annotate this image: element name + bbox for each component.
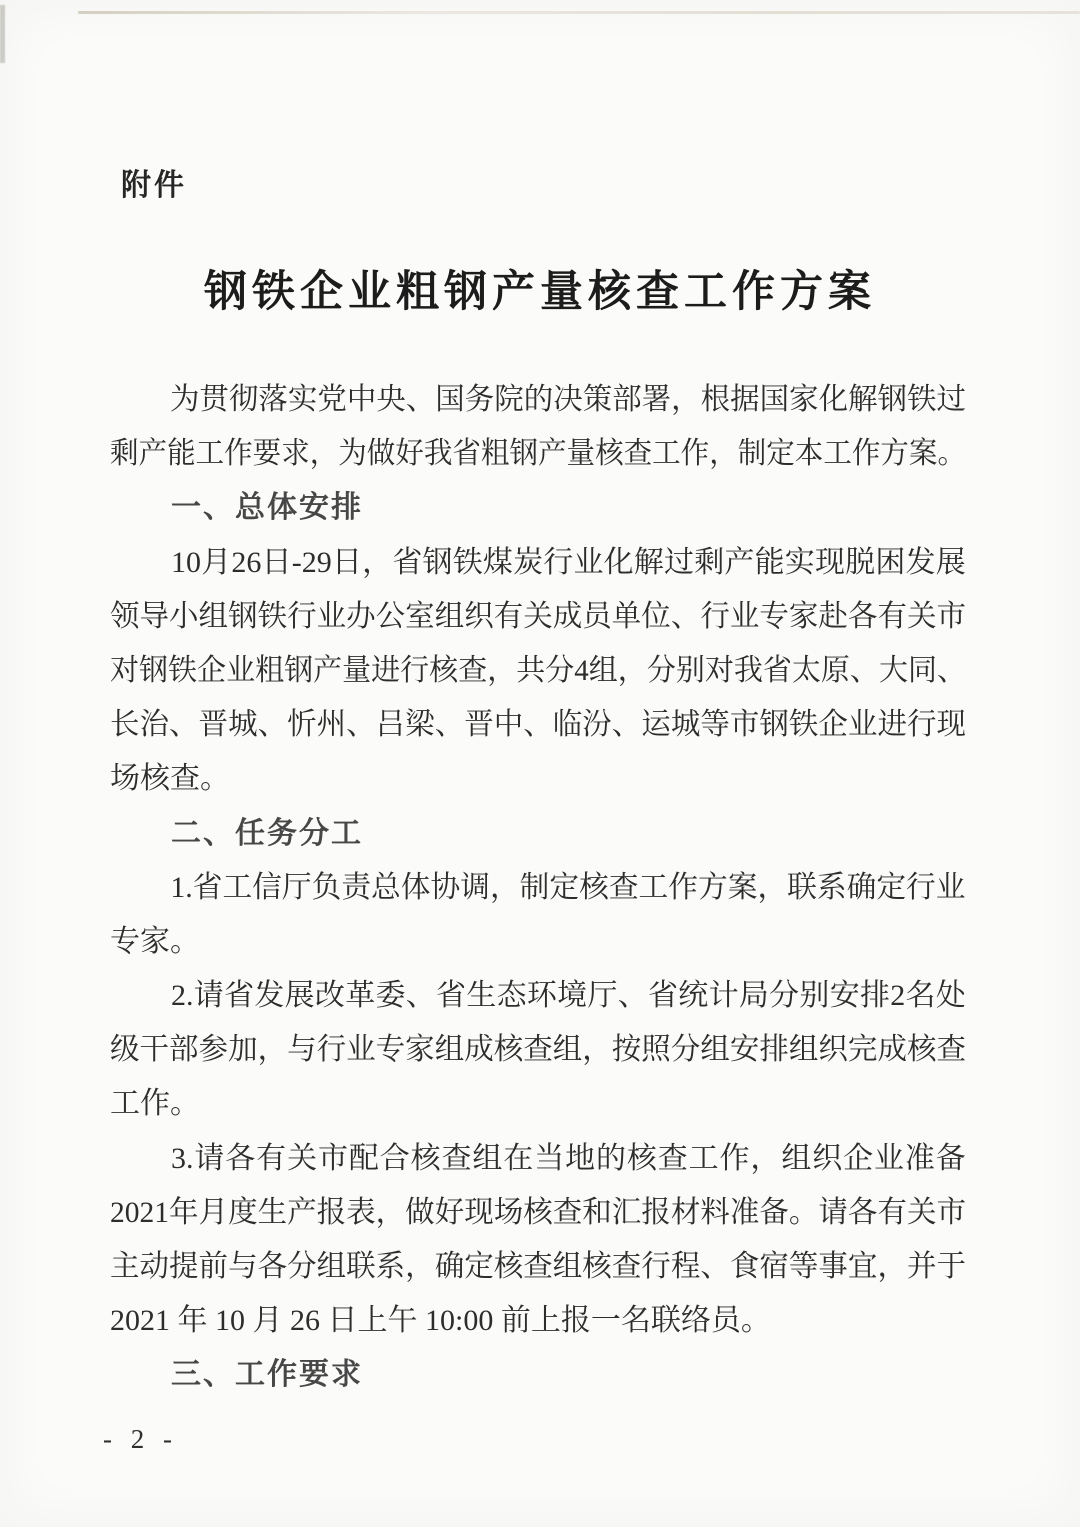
document-line: 为贯彻落实党中央、国务院的决策部署，根据国家化解钢铁过 [110, 373, 951, 427]
attachment-label: 附件 [121, 160, 187, 204]
section-heading: 二、任务分工 [110, 807, 966, 861]
document-line: 场核查。 [110, 752, 966, 806]
section-heading: 三、工作要求 [110, 1348, 966, 1402]
document-line: 2021年月度生产报表，做好现场核查和汇报材料准备。请各有关市 [110, 1186, 952, 1240]
document-line: 剩产能工作要求，为做好我省粗钢产量核查工作，制定本工作方案。 [110, 427, 924, 481]
document-line: 长治、晋城、忻州、吕梁、晋中、临汾、运城等市钢铁企业进行现 [110, 698, 952, 752]
document-title: 钢铁企业粗钢产量核查工作方案 [0, 258, 1080, 319]
document-line: 级干部参加，与行业专家组成核查组，按照分组安排组织完成核查 [110, 1023, 952, 1077]
scan-artifact-top-edge [78, 11, 1080, 14]
page-number: - 2 - [103, 1424, 178, 1455]
section-heading: 一、总体安排 [110, 481, 966, 535]
document-line: 3.请各有关市配合核查组在当地的核查工作，组织企业准备 [110, 1132, 966, 1186]
document-line: 2021 年 10 月 26 日上午 10:00 前上报一名联络员。 [110, 1294, 966, 1348]
scan-artifact-left-edge [0, 5, 5, 63]
document-line: 工作。 [110, 1077, 966, 1131]
document-line: 对钢铁企业粗钢产量进行核查，共分4组，分别对我省太原、大同、 [110, 644, 938, 698]
document-body: 为贯彻落实党中央、国务院的决策部署，根据国家化解钢铁过剩产能工作要求，为做好我省… [110, 373, 966, 1403]
document-line: 10月26日-29日，省钢铁煤炭行业化解过剩产能实现脱困发展 [110, 536, 966, 590]
document-line: 领导小组钢铁行业办公室组织有关成员单位、行业专家赴各有关市 [110, 590, 952, 644]
document-line: 1.省工信厅负责总体协调，制定核查工作方案，联系确定行业 [110, 861, 958, 915]
scanned-document-page: 附件 钢铁企业粗钢产量核查工作方案 为贯彻落实党中央、国务院的决策部署，根据国家… [0, 0, 1080, 1527]
document-line: 2.请省发展改革委、省生态环境厅、省统计局分别安排2名处 [110, 969, 966, 1023]
document-line: 主动提前与各分组联系，确定核查组核查行程、食宿等事宜，并于 [110, 1240, 952, 1294]
document-line: 专家。 [110, 915, 966, 969]
